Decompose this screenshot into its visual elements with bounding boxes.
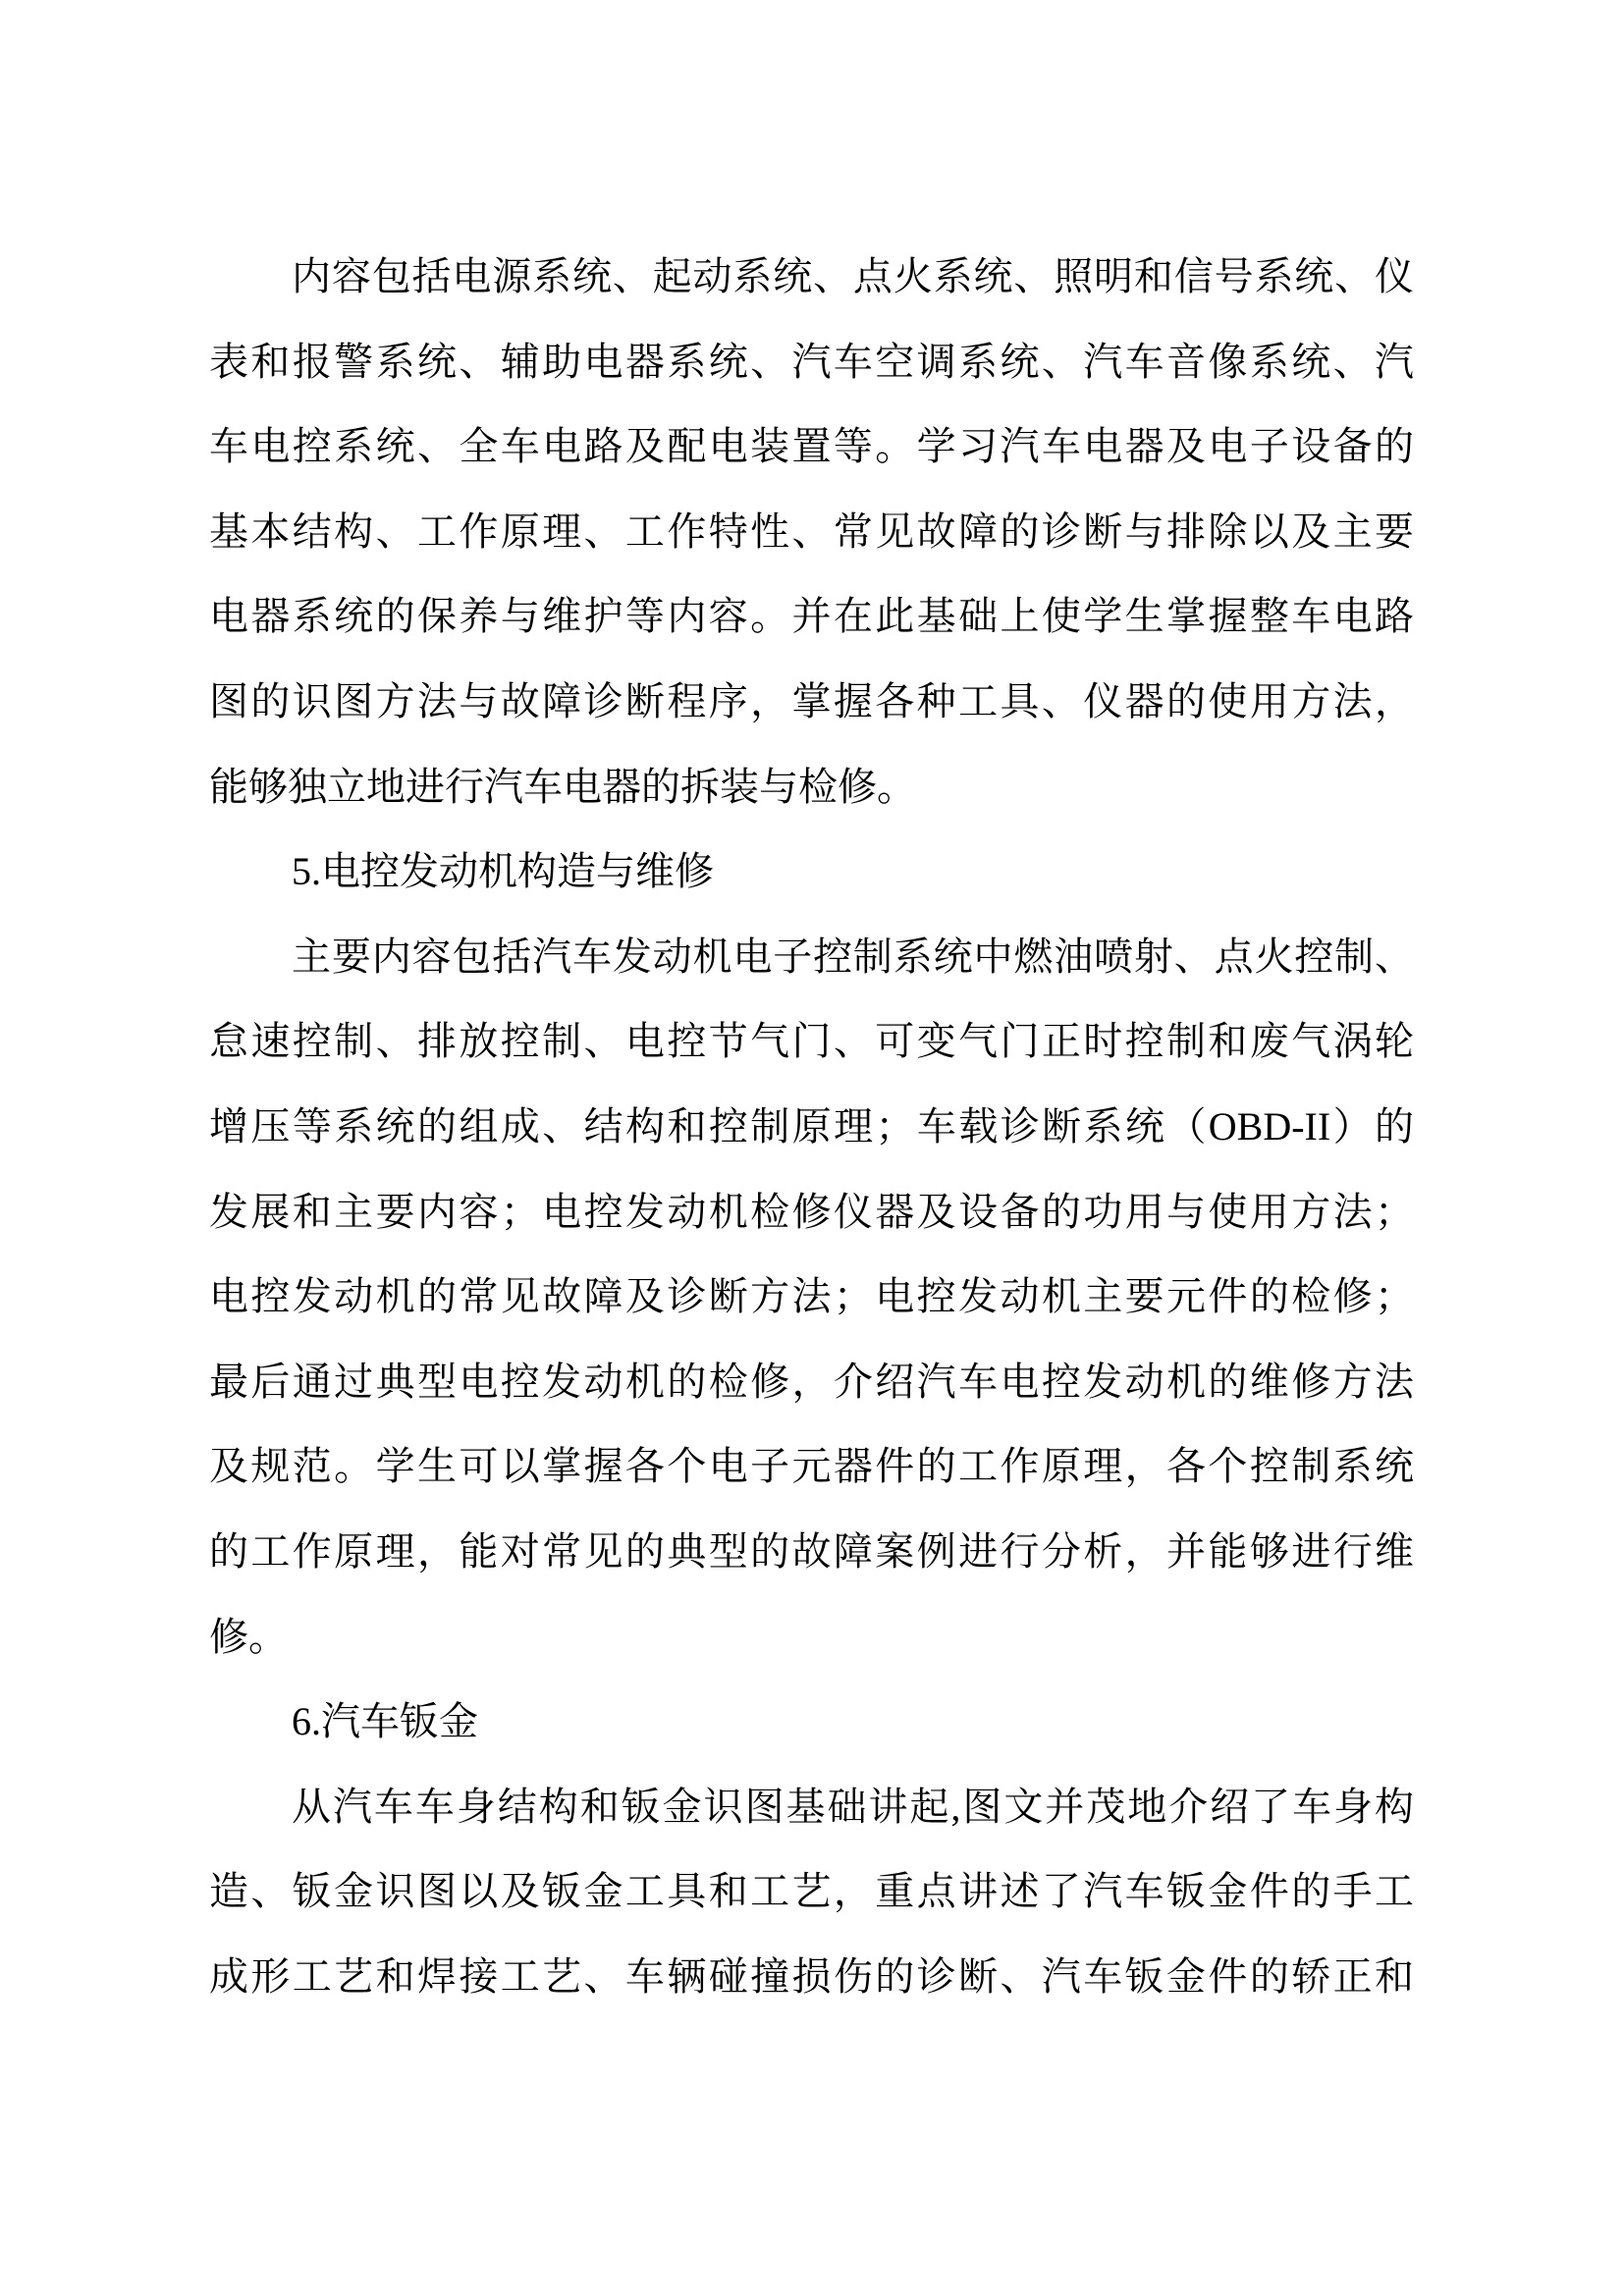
text-line: 电器系统的保养与维护等内容。并在此基础上使学生掌握整车电路 (209, 574, 1414, 660)
paragraph-ecu-engine: 主要内容包括汽车发动机电子控制系统中燃油喷射、点火控制、 怠速控制、排放控制、电… (209, 915, 1414, 1680)
section-heading-5: 5.电控发动机构造与维修 (209, 829, 1414, 915)
paragraph-sheet-metal: 从汽车车身结构和钣金识图基础讲起,图文并茂地介绍了车身构 造、钣金识图以及钣金工… (209, 1765, 1414, 2020)
text-line: 从汽车车身结构和钣金识图基础讲起,图文并茂地介绍了车身构 (209, 1765, 1414, 1850)
text-line: 表和报警系统、辅助电器系统、汽车空调系统、汽车音像系统、汽 (209, 320, 1414, 405)
text-line: 车电控系统、全车电路及配电装置等。学习汽车电器及电子设备的 (209, 404, 1414, 490)
text-line: 电控发动机的常见故障及诊断方法；电控发动机主要元件的检修； (209, 1255, 1414, 1340)
text-line: 最后通过典型电控发动机的检修，介绍汽车电控发动机的维修方法 (209, 1340, 1414, 1425)
text-line: 能够独立地进行汽车电器的拆装与检修。 (209, 745, 1414, 830)
text-block: 内容包括电源系统、起动系统、点火系统、照明和信号系统、仪 表和报警系统、辅助电器… (209, 235, 1414, 2019)
text-line: 主要内容包括汽车发动机电子控制系统中燃油喷射、点火控制、 (209, 915, 1414, 1000)
text-line: 怠速控制、排放控制、电控节气门、可变气门正时控制和废气涡轮 (209, 999, 1414, 1085)
text-line: 内容包括电源系统、起动系统、点火系统、照明和信号系统、仪 (209, 235, 1414, 320)
text-line: 成形工艺和焊接工艺、车辆碰撞损伤的诊断、汽车钣金件的轿正和 (209, 1935, 1414, 2020)
section-heading-6: 6.汽车钣金 (209, 1680, 1414, 1765)
text-line: 增压等系统的组成、结构和控制原理；车载诊断系统（OBD-II）的 (209, 1085, 1414, 1170)
text-line: 造、钣金识图以及钣金工具和工艺，重点讲述了汽车钣金件的手工 (209, 1849, 1414, 1935)
text-line: 修。 (209, 1595, 1414, 1681)
text-line: 图的识图方法与故障诊断程序，掌握各种工具、仪器的使用方法， (209, 660, 1414, 745)
text-line: 基本结构、工作原理、工作特性、常见故障的诊断与排除以及主要 (209, 490, 1414, 575)
text-line: 的工作原理，能对常见的典型的故障案例进行分析，并能够进行维 (209, 1510, 1414, 1595)
document-page: 内容包括电源系统、起动系统、点火系统、照明和信号系统、仪 表和报警系统、辅助电器… (0, 0, 1624, 2296)
paragraph-auto-electrical-systems: 内容包括电源系统、起动系统、点火系统、照明和信号系统、仪 表和报警系统、辅助电器… (209, 235, 1414, 829)
text-line: 发展和主要内容；电控发动机检修仪器及设备的功用与使用方法； (209, 1170, 1414, 1255)
text-line: 及规范。学生可以掌握各个电子元器件的工作原理，各个控制系统 (209, 1424, 1414, 1510)
